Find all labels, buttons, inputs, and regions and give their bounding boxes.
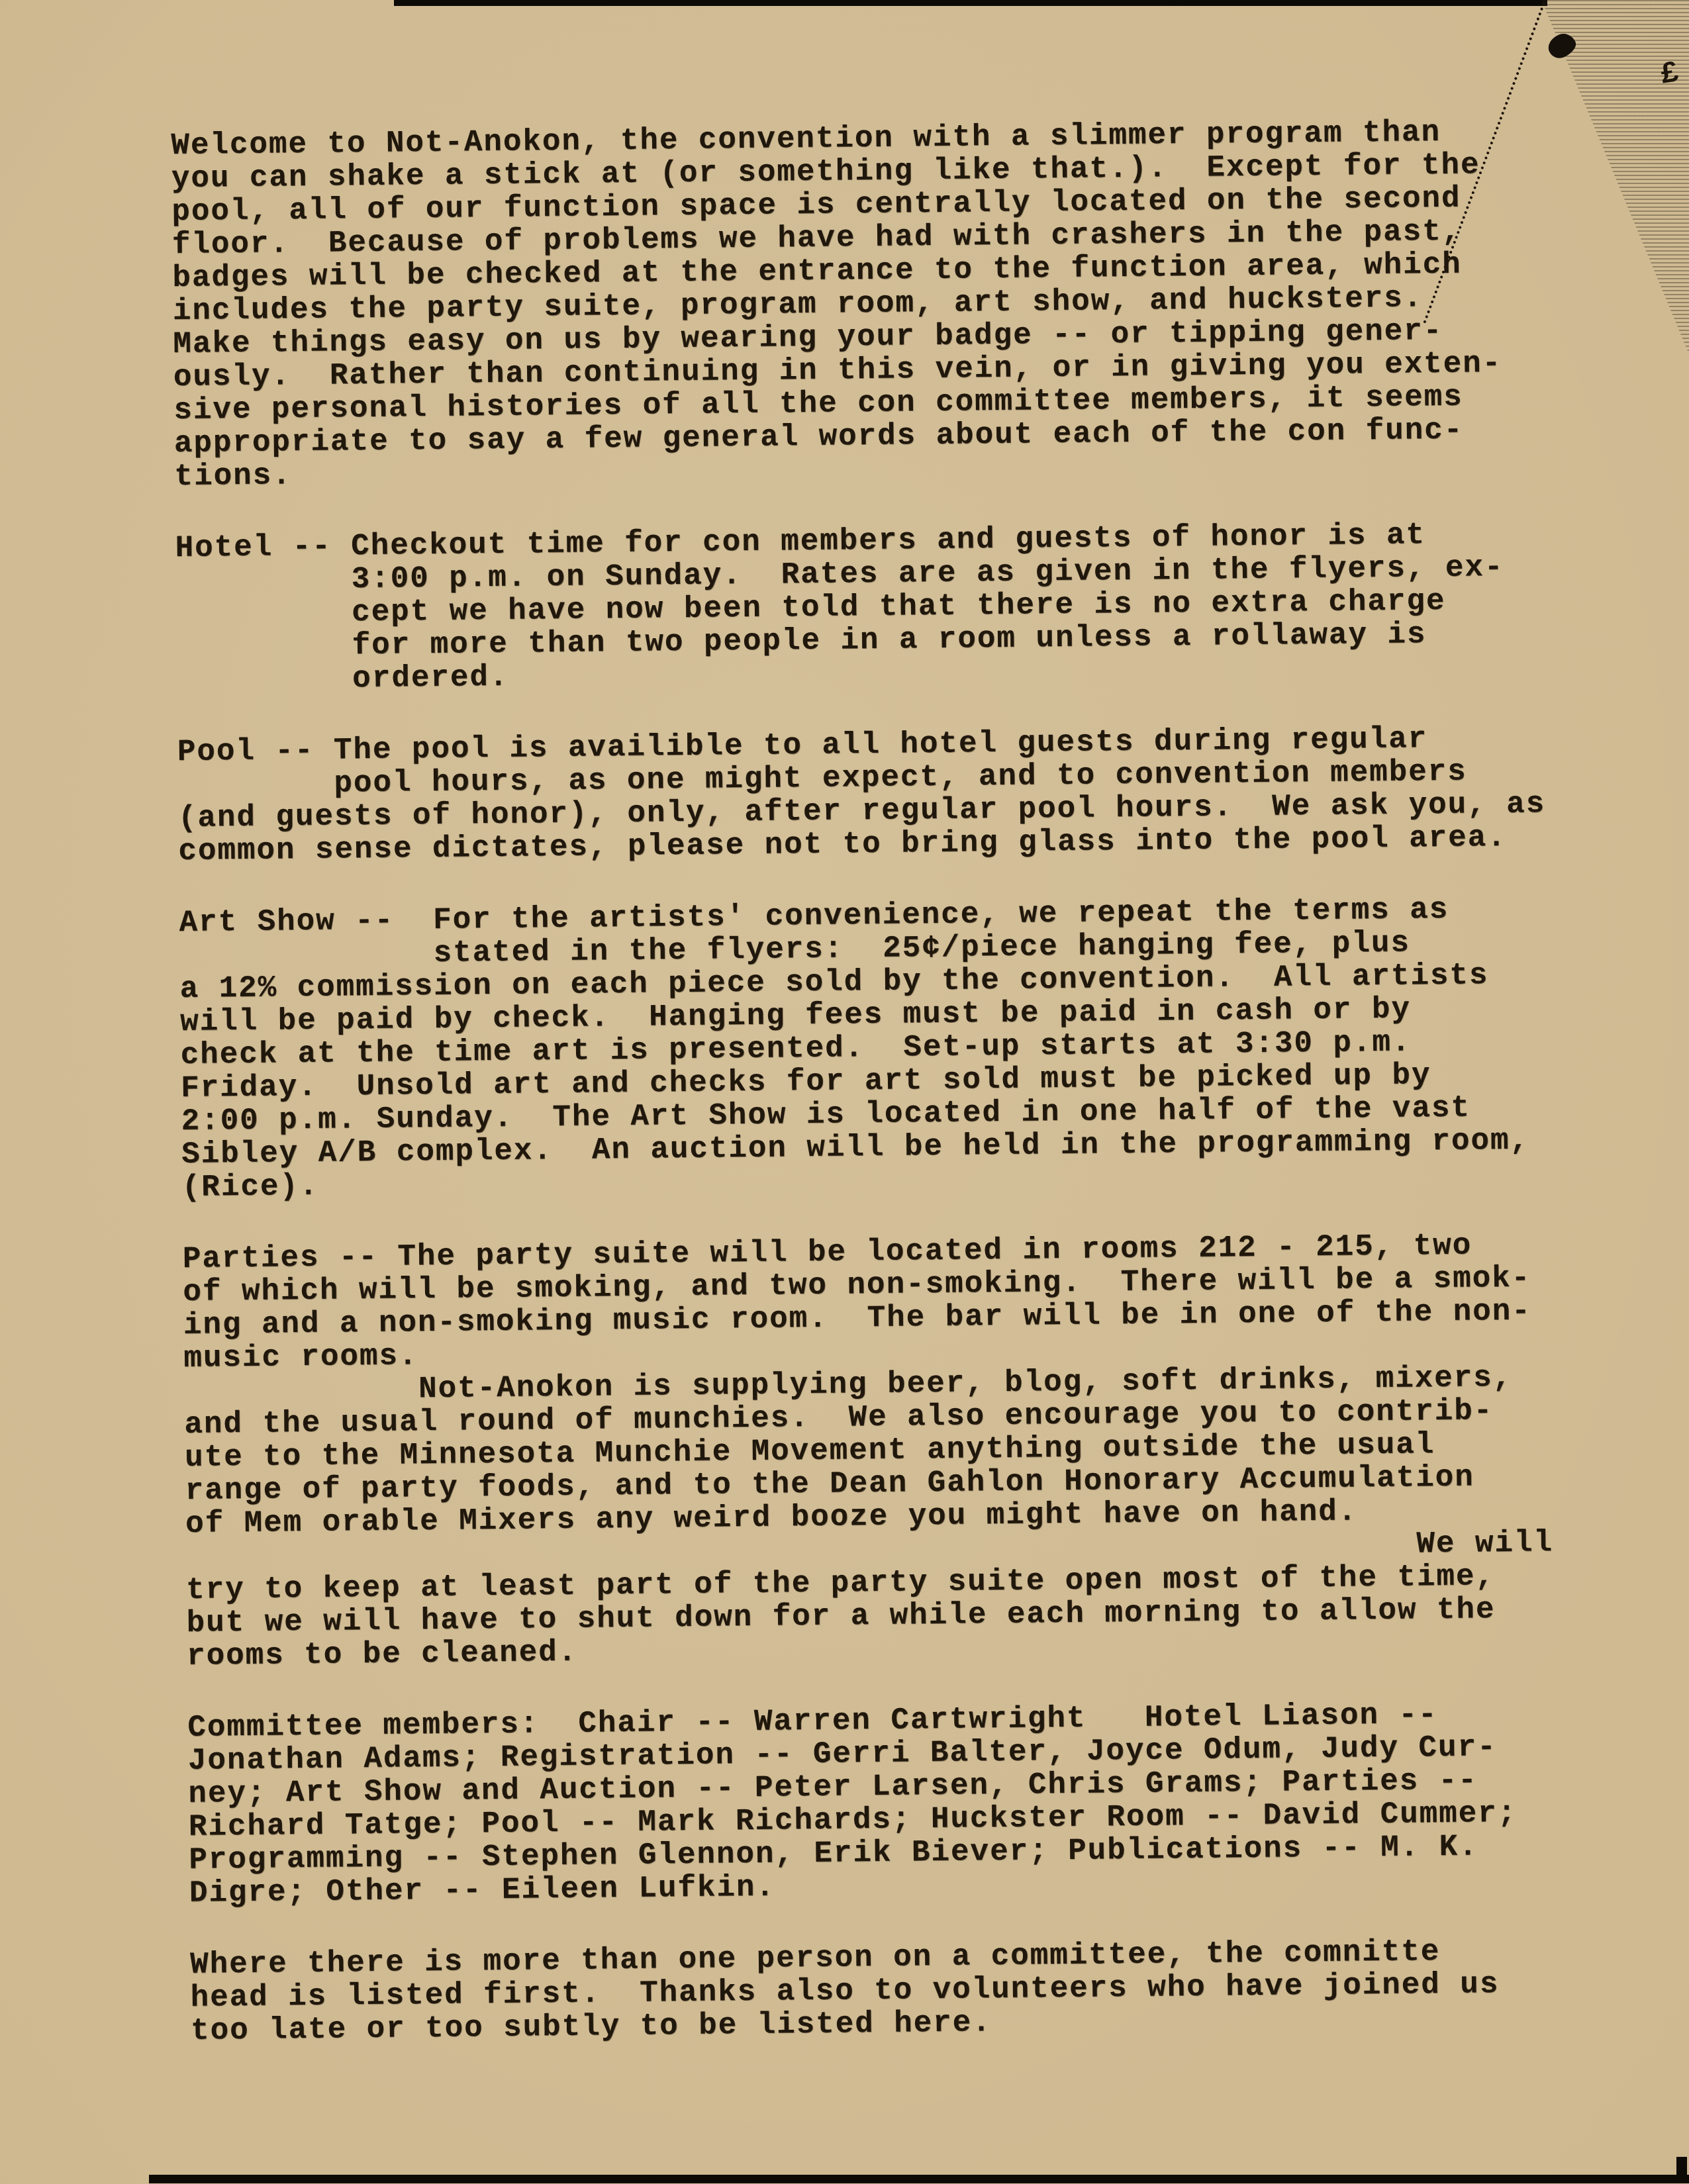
scan-edge-top	[394, 0, 1547, 6]
paragraph-parties: Parties -- The party suite will be locat…	[183, 1227, 1604, 1672]
document-body: Welcome to Not-Anokon, the convention wi…	[171, 115, 1608, 2086]
paragraph-art-show: Art Show -- For the artists' convenience…	[179, 892, 1599, 1204]
paragraph-intro: Welcome to Not-Anokon, the convention wi…	[171, 115, 1592, 493]
paragraph-closing: Where there is more than one person on a…	[190, 1933, 1608, 2047]
paragraph-pool: Pool -- The pool is availible to all hot…	[177, 721, 1596, 868]
scan-artifact-dot	[1676, 2157, 1687, 2175]
scanned-page: { "page": { "paper_color": "#cdb890", "i…	[0, 0, 1689, 2184]
paragraph-hotel: Hotel -- Checkout time for con members a…	[175, 517, 1594, 697]
paragraph-committee: Committee members: Chair -- Warren Cartw…	[187, 1696, 1606, 1909]
scan-edge-bottom	[149, 2175, 1689, 2183]
